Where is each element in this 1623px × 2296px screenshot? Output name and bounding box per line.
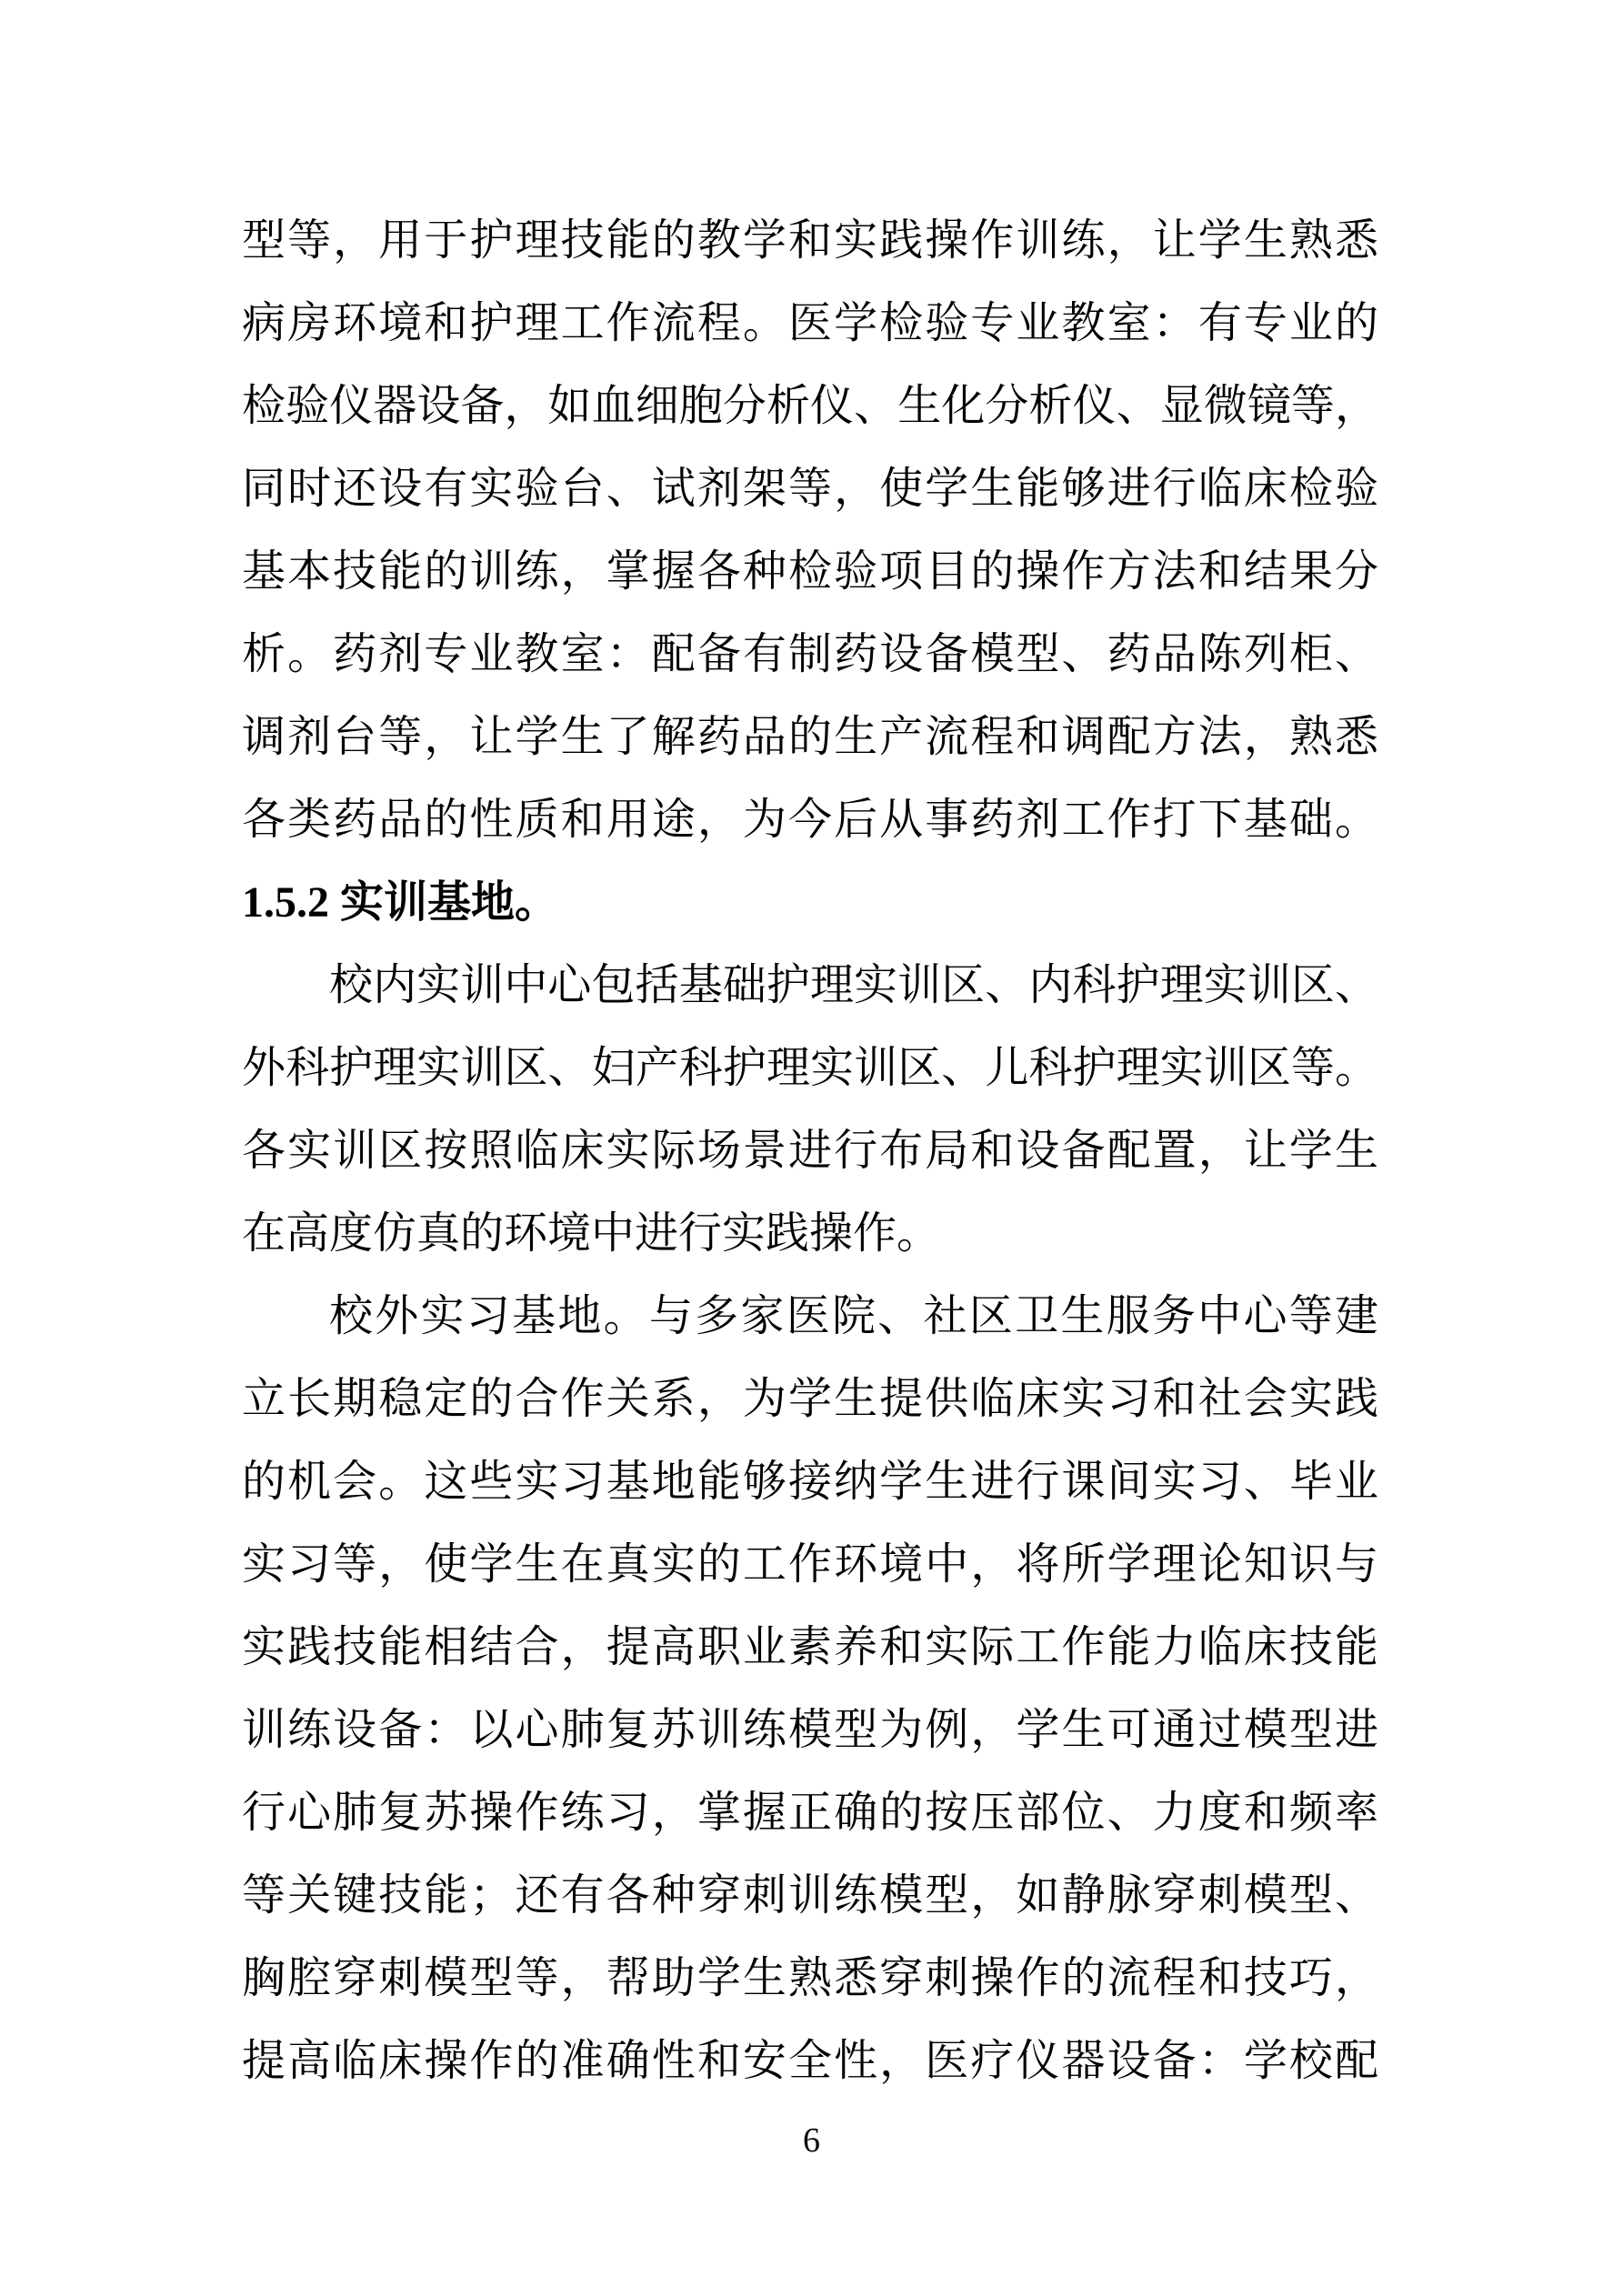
document-body: 型等，用于护理技能的教学和实践操作训练，让学生熟悉病房环境和护理工作流程。医学检… xyxy=(242,199,1378,2102)
text-line: 实践技能相结合，提高职业素养和实际工作能力临床技能 xyxy=(242,1606,1378,1689)
text-line: 行心肺复苏操作练习，掌握正确的按压部位、力度和频率 xyxy=(242,1771,1378,1854)
text-line: 析。药剂专业教室：配备有制药设备模型、药品陈列柜、 xyxy=(242,613,1378,696)
text-line: 基本技能的训练，掌握各种检验项目的操作方法和结果分 xyxy=(242,530,1378,613)
text-line: 立长期稳定的合作关系，为学生提供临床实习和社会实践 xyxy=(242,1358,1378,1440)
text-line: 外科护理实训区、妇产科护理实训区、儿科护理实训区等。 xyxy=(242,1027,1378,1109)
text-line: 等关键技能；还有各种穿刺训练模型，如静脉穿刺模型、 xyxy=(242,1854,1378,1937)
text-line: 检验仪器设备，如血细胞分析仪、生化分析仪、显微镜等， xyxy=(242,365,1378,447)
text-line: 同时还设有实验台、试剂架等，使学生能够进行临床检验 xyxy=(242,447,1378,530)
text-line: 实习等，使学生在真实的工作环境中，将所学理论知识与 xyxy=(242,1523,1378,1606)
page-number: 6 xyxy=(0,2119,1623,2162)
text-line: 提高临床操作的准确性和安全性，医疗仪器设备：学校配 xyxy=(242,2020,1378,2102)
text-line: 各类药品的性质和用途，为今后从事药剂工作打下基础。 xyxy=(242,778,1378,861)
text-line: 在高度仿真的环境中进行实践操作。 xyxy=(242,1192,1378,1275)
text-line: 型等，用于护理技能的教学和实践操作训练，让学生熟悉 xyxy=(242,199,1378,282)
text-line: 调剂台等，让学生了解药品的生产流程和调配方法，熟悉 xyxy=(242,696,1378,778)
text-line: 训练设备：以心肺复苏训练模型为例，学生可通过模型进 xyxy=(242,1689,1378,1771)
section-heading: 1.5.2 实训基地。 xyxy=(242,861,1378,944)
text-line: 校外实习基地。与多家医院、社区卫生服务中心等建 xyxy=(242,1275,1378,1358)
text-line: 的机会。这些实习基地能够接纳学生进行课间实习、毕业 xyxy=(242,1440,1378,1523)
text-line: 校内实训中心包括基础护理实训区、内科护理实训区、 xyxy=(242,944,1378,1027)
text-line: 各实训区按照临床实际场景进行布局和设备配置，让学生 xyxy=(242,1109,1378,1192)
text-line: 病房环境和护理工作流程。医学检验专业教室：有专业的 xyxy=(242,282,1378,365)
text-line: 胸腔穿刺模型等，帮助学生熟悉穿刺操作的流程和技巧， xyxy=(242,1937,1378,2020)
document-page: 型等，用于护理技能的教学和实践操作训练，让学生熟悉病房环境和护理工作流程。医学检… xyxy=(0,0,1623,2296)
